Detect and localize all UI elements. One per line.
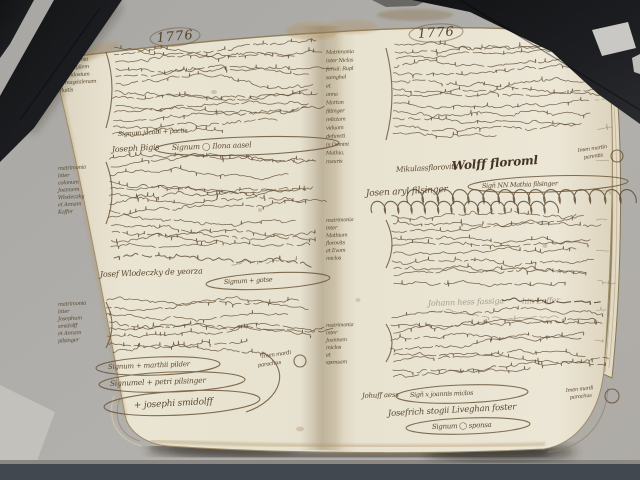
margin-note-line: Mathiam: [325, 232, 348, 239]
margin-note-line: Joannem: [57, 187, 80, 194]
margin-note-line: inter: [58, 173, 70, 180]
margin-note-line: inter: [326, 225, 338, 231]
signature: Johuff aess: [360, 391, 400, 400]
margin-note-line: Joannem: [325, 337, 347, 344]
margin-note-line: mauris: [326, 159, 343, 166]
margin-note-line: Matrimonia: [325, 49, 354, 56]
photo-canvas: 110 84 1776 1776 matrimoniainter agilemT…: [0, 0, 640, 480]
margin-note-line: Marton: [325, 100, 344, 107]
margin-note-line: florovits: [325, 240, 346, 247]
margin-note-line: matrimonia: [326, 322, 354, 329]
margin-note-line: colonum: [58, 180, 79, 187]
margin-note-line: in Domini: [326, 142, 350, 149]
margin-note-line: smidolff: [58, 323, 79, 330]
margin-note-line: Koffer: [57, 209, 74, 216]
margin-note-line: relictam: [326, 117, 346, 124]
table-edge-dark: [0, 464, 640, 480]
margin-note-line: inter: [58, 309, 70, 316]
archival-photo: 110 84 1776 1776 matrimoniainter agilemT…: [0, 0, 640, 480]
margin-note-line: sponsam: [326, 359, 348, 366]
margin-note-line: inter: [326, 330, 338, 336]
margin-note-line: Mathia,: [325, 150, 345, 157]
margin-note-line: et Evam: [326, 248, 346, 255]
margin-note-line: miclos: [326, 345, 342, 352]
margin-note-line: inter Niclas: [326, 57, 354, 64]
margin-note-line: matrimonia: [326, 217, 354, 224]
margin-note-line: samghel: [326, 74, 347, 81]
margin-note-line: et Annam: [58, 201, 82, 208]
margin-note-line: pilsinger: [58, 337, 80, 344]
margin-note-line: anna: [326, 92, 338, 98]
margin-note-line: miclos: [326, 255, 342, 262]
margin-note-line: forval: Rupl: [325, 66, 354, 73]
margin-note-line: et Annam: [58, 330, 82, 337]
margin-note-line: filtinger: [325, 108, 346, 115]
margin-note-line: defuncti: [326, 133, 346, 140]
signature: hin Loffer: [522, 296, 562, 306]
year-heading-right: 1776: [417, 24, 455, 42]
margin-note-line: viduam: [326, 125, 344, 132]
